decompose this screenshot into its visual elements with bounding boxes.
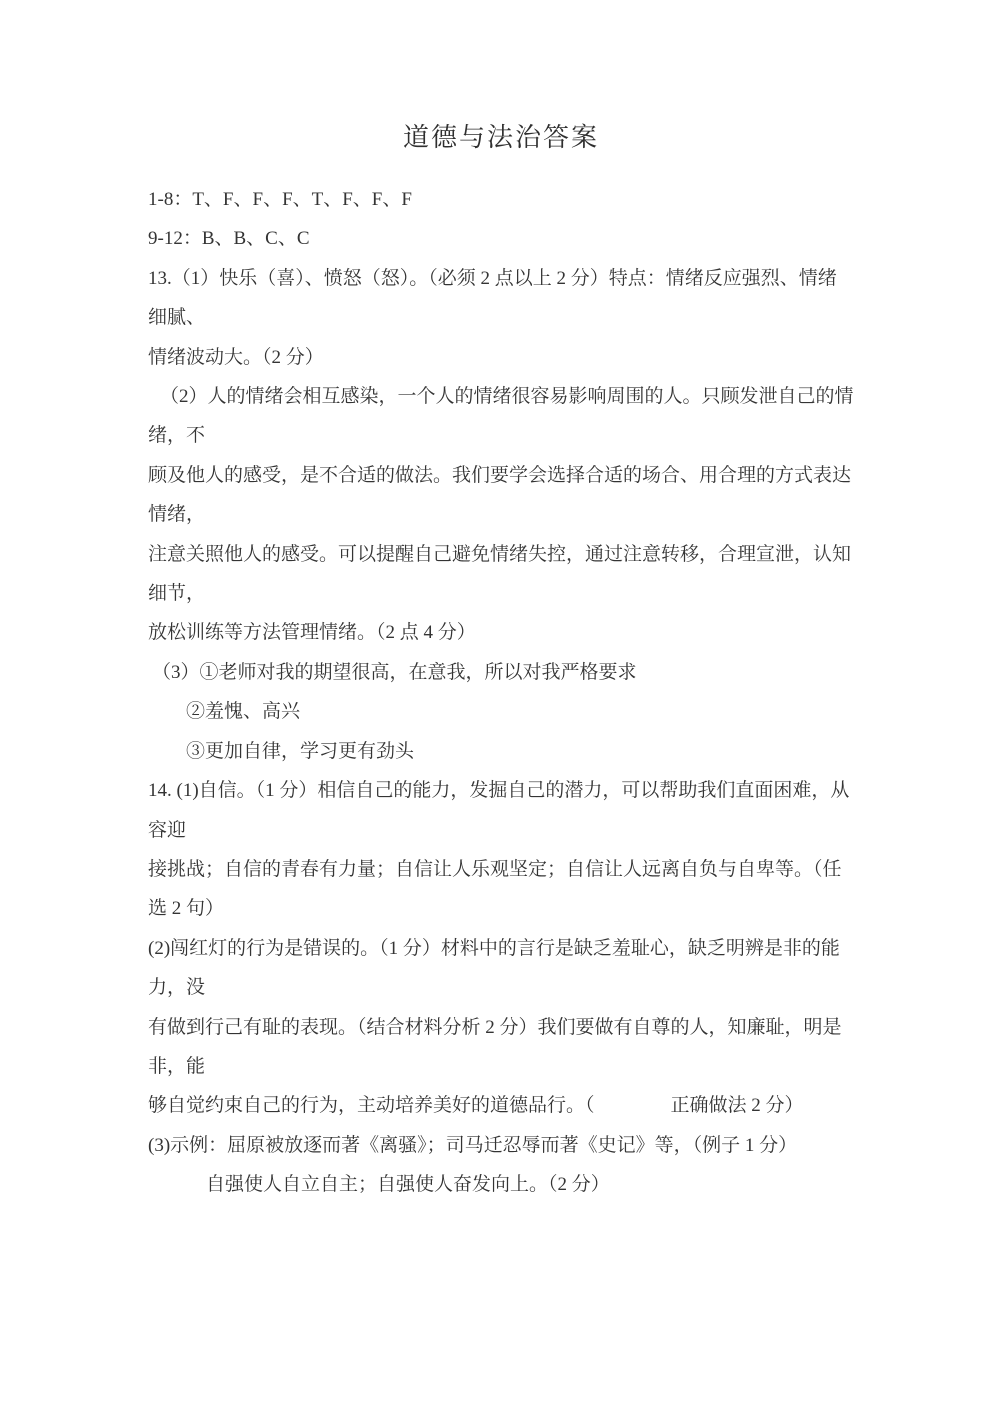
answer-line-q13-part2-c: 注意关照他人的感受。可以提醒自己避免情绪失控，通过注意转移，合理宣泄，认知细节， — [148, 535, 854, 614]
answer-line-tf-answers: 1-8：T、F、F、F、T、F、F、F — [148, 180, 854, 219]
answer-line-q13-part2-d: 放松训练等方法管理情绪。（2 点 4 分） — [148, 613, 854, 652]
answer-line-q13-part2-b: 顾及他人的感受，是不合适的做法。我们要学会选择合适的场合、用合理的方式表达情绪， — [148, 456, 854, 535]
answer-line-q14-part3-b: 自强使人自立自主；自强使人奋发向上。（2 分） — [148, 1165, 854, 1204]
answer-line-q14-part1-b: 接挑战；自信的青春有力量；自信让人乐观坚定；自信让人远离自负与自卑等。（任选 2… — [148, 850, 854, 929]
answer-line-q14-part3-a: (3)示例：屈原被放逐而著《离骚》；司马迁忍辱而著《史记》等，（例子 1 分） — [148, 1126, 854, 1165]
answer-sheet-page: 道德与法治答案 1-8：T、F、F、F、T、F、F、F 9-12：B、B、C、C… — [0, 0, 1000, 1414]
answer-line-q13-part3-2: ②羞愧、高兴 — [148, 692, 854, 731]
answer-line-q14-part2-c: 够自觉约束自己的行为，主动培养美好的道德品行。（ 正确做法 2 分） — [148, 1086, 854, 1125]
answer-line-q14-part1-a: 14. (1)自信。（1 分）相信自己的能力，发掘自己的潜力，可以帮助我们直面困… — [148, 771, 854, 850]
answer-line-q14-part2-a: (2)闯红灯的行为是错误的。（1 分）材料中的言行是缺乏羞耻心，缺乏明辨是非的能… — [148, 929, 854, 1008]
answer-line-q13-part1-a: 13.（1）快乐（喜）、愤怒（怒）。（必须 2 点以上 2 分）特点：情绪反应强… — [148, 259, 854, 338]
document-title: 道德与法治答案 — [148, 122, 854, 154]
answer-line-q13-part2-a: （2）人的情绪会相互感染，一个人的情绪很容易影响周围的人。只顾发泄自己的情绪，不 — [148, 377, 854, 456]
document-body: 1-8：T、F、F、F、T、F、F、F 9-12：B、B、C、C 13.（1）快… — [148, 180, 854, 1205]
answer-line-q14-part2-b: 有做到行己有耻的表现。（结合材料分析 2 分）我们要做有自尊的人，知廉耻，明是非… — [148, 1008, 854, 1087]
answer-line-q13-part3-3: ③更加自律，学习更有劲头 — [148, 732, 854, 771]
answer-line-q13-part3-1: （3）①老师对我的期望很高，在意我，所以对我严格要求 — [148, 653, 854, 692]
answer-line-mc-answers: 9-12：B、B、C、C — [148, 219, 854, 258]
answer-line-q13-part1-b: 情绪波动大。（2 分） — [148, 338, 854, 377]
